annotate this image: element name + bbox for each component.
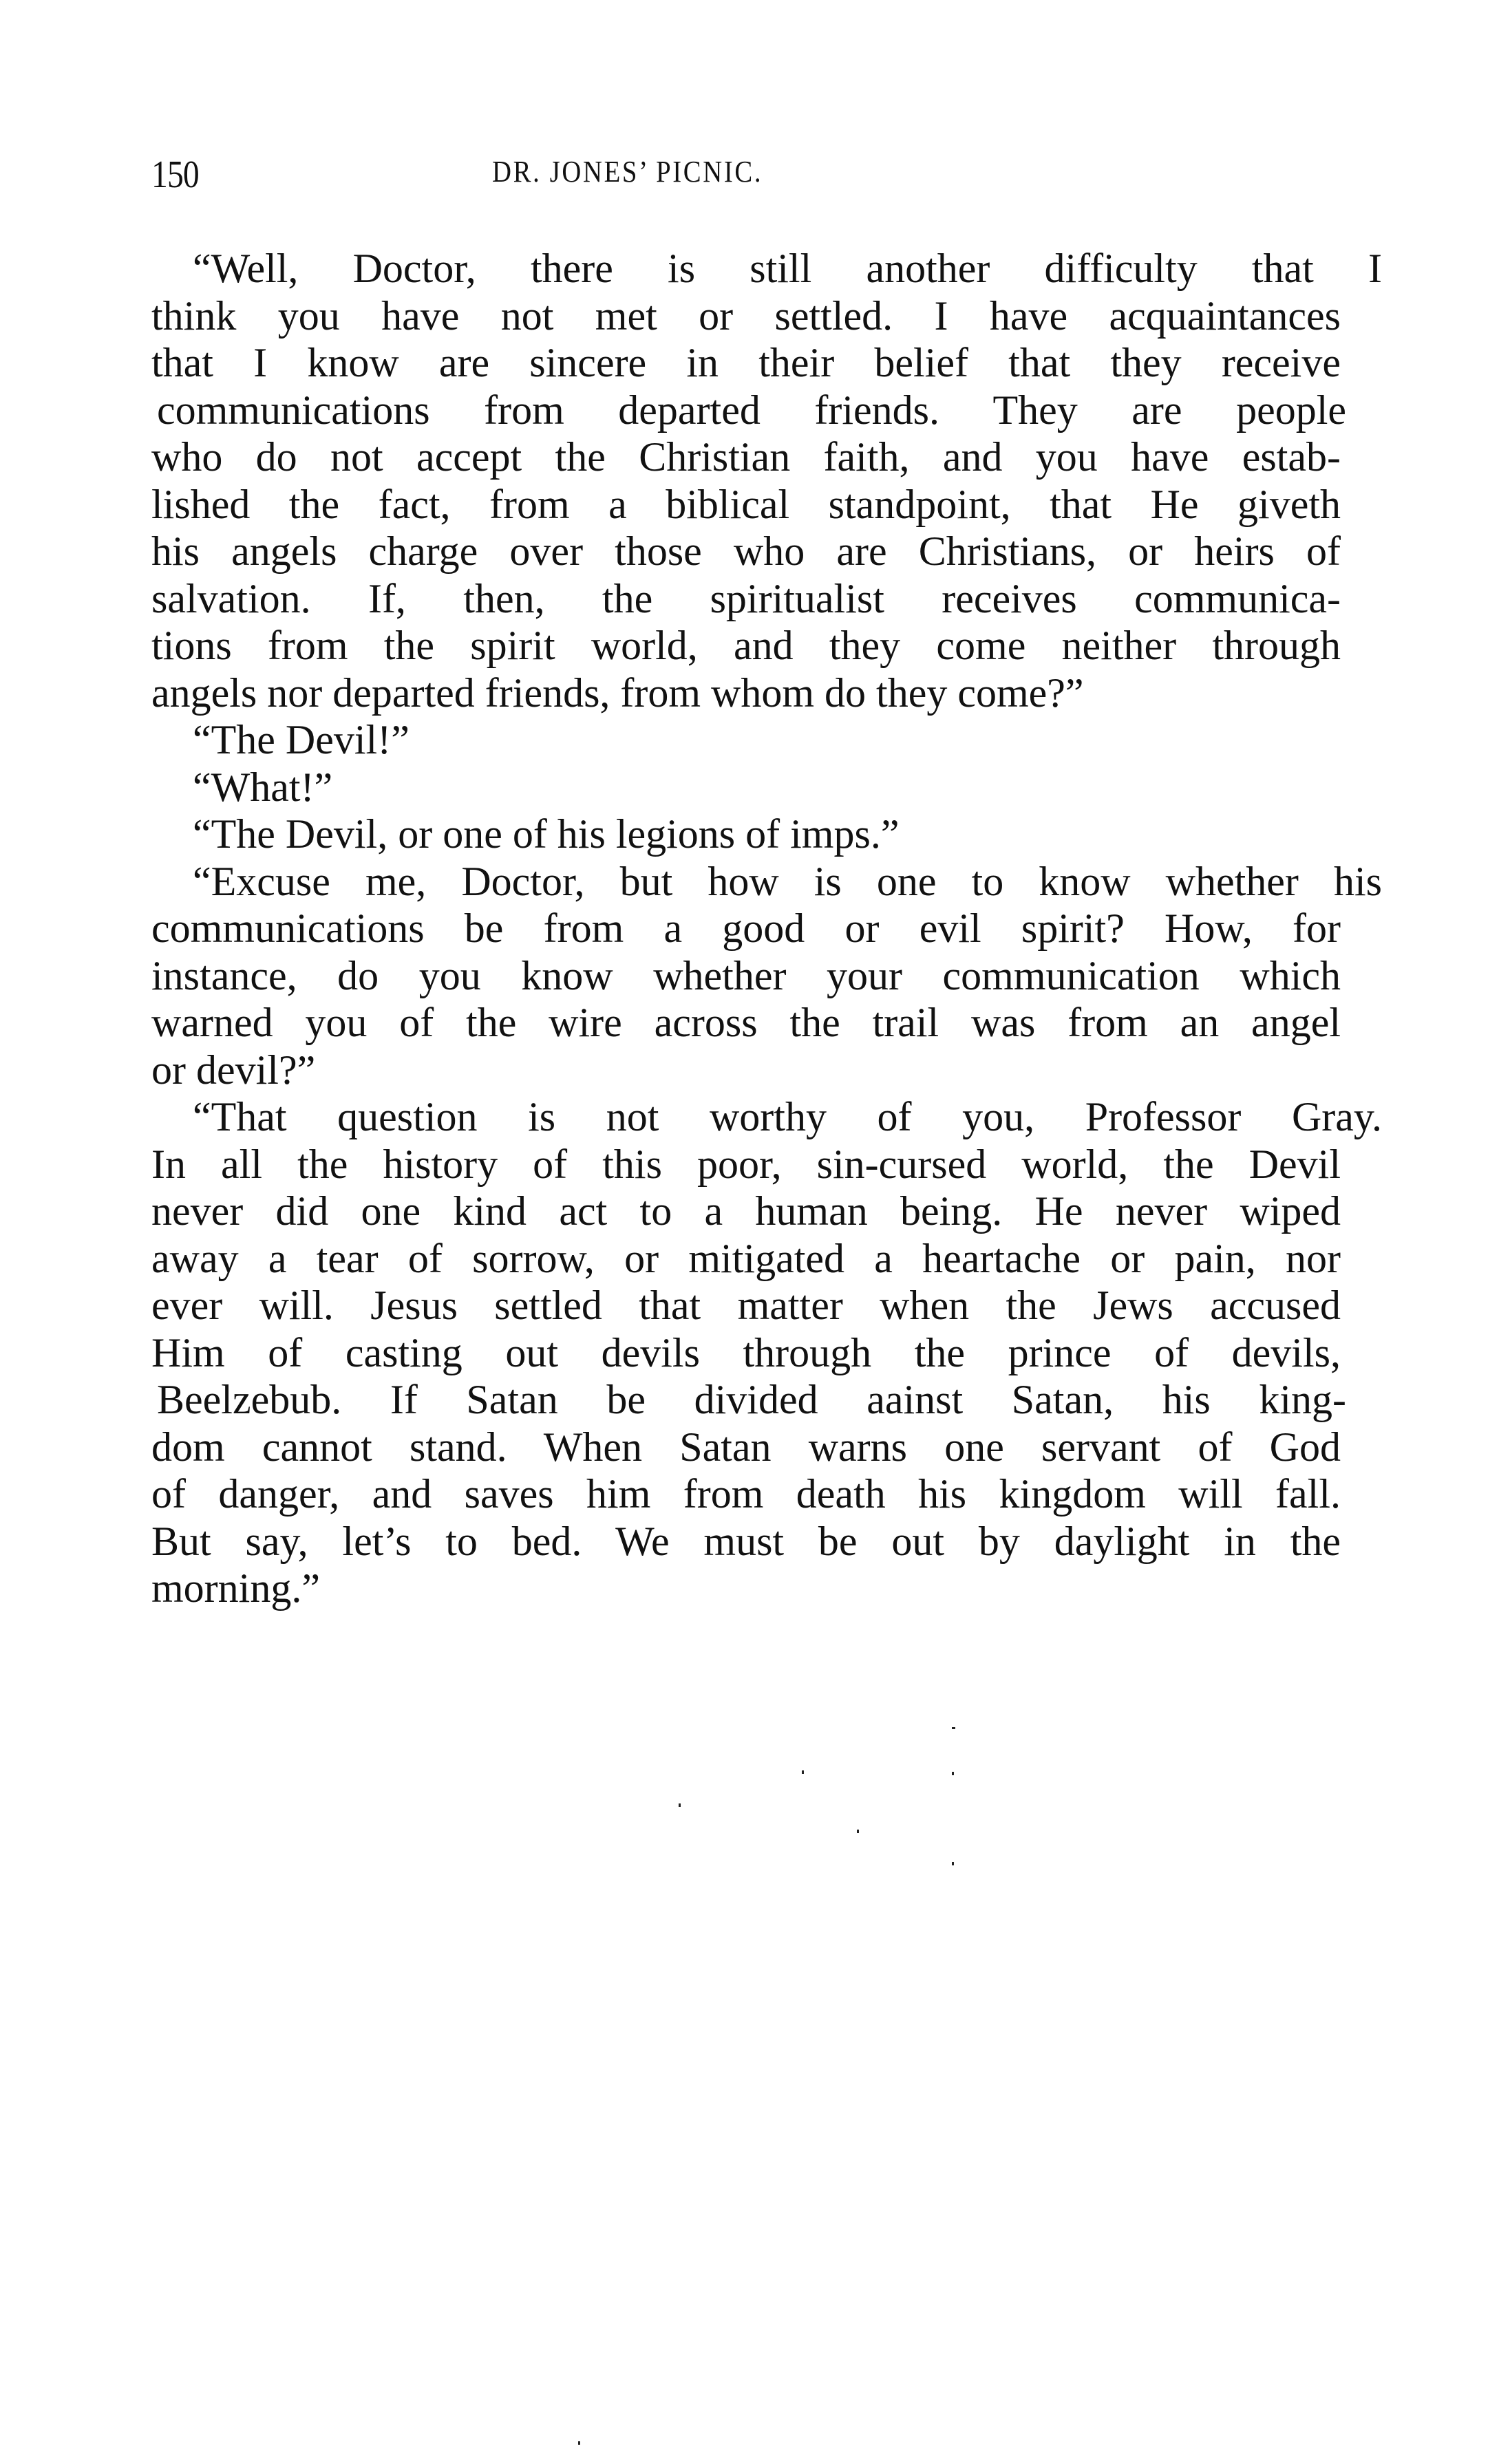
text-line: “That question is not worthy of you, Pro… [151,1093,1382,1141]
text-line: angels nor departed friends, from whom d… [151,669,1341,717]
scan-speck [802,1770,804,1774]
text-line: “The Devil!” [151,716,1382,764]
scan-speck [578,2441,580,2445]
scan-speck [679,1803,681,1807]
text-line: instance, do you know whether your commu… [151,952,1341,1000]
scan-speck [952,1727,955,1729]
text-line: morning.” [151,1565,1341,1612]
text-line: warned you of the wire across the trail … [151,999,1341,1047]
text-line: But say, let’s to bed. We must be out by… [151,1518,1341,1565]
page-number: 150 [151,153,199,197]
running-head: 150 DR. JONES’ PICNIC. [151,153,1341,201]
text-line: never did one kind act to a human being.… [151,1188,1341,1235]
text-line: ever will. Jesus settled that matter whe… [151,1282,1341,1329]
text-line: “What!” [151,764,1382,811]
text-line: In all the history of this poor, sin-cur… [151,1141,1341,1188]
text-line: dom cannot stand. When Satan warns one s… [151,1424,1341,1471]
text-line: Beelzebub. If Satan be divided aainst Sa… [151,1376,1346,1424]
text-line: salvation. If, then, the spiritualist re… [151,575,1341,623]
text-line: think you have not met or settled. I hav… [151,292,1341,340]
text-line: lished the fact, from a biblical standpo… [151,481,1341,528]
text-line: Him of casting out devils through the pr… [151,1329,1341,1377]
text-line: his angels charge over those who are Chr… [151,528,1341,575]
text-line: away a tear of sorrow, or mitigated a he… [151,1235,1341,1283]
text-line: tions from the spirit world, and they co… [151,622,1341,669]
text-line: “The Devil, or one of his legions of imp… [151,811,1382,858]
scan-speck [952,1772,954,1775]
text-line: communications be from a good or evil sp… [151,905,1341,952]
text-line: “Well, Doctor, there is still another di… [151,245,1382,292]
text-line: who do not accept the Christian faith, a… [151,433,1341,481]
scan-speck [952,1862,954,1865]
text-line: “Excuse me, Doctor, but how is one to kn… [151,858,1382,906]
running-title: DR. JONES’ PICNIC. [492,154,763,189]
text-line: communications from departed friends. Th… [151,387,1346,434]
text-line: that I know are sincere in their belief … [151,339,1341,387]
text-line: of danger, and saves him from death his … [151,1470,1341,1518]
body-text: “Well, Doctor, there is still another di… [151,245,1341,1612]
scan-speck [857,1830,859,1833]
text-line: or devil?” [151,1047,1341,1094]
